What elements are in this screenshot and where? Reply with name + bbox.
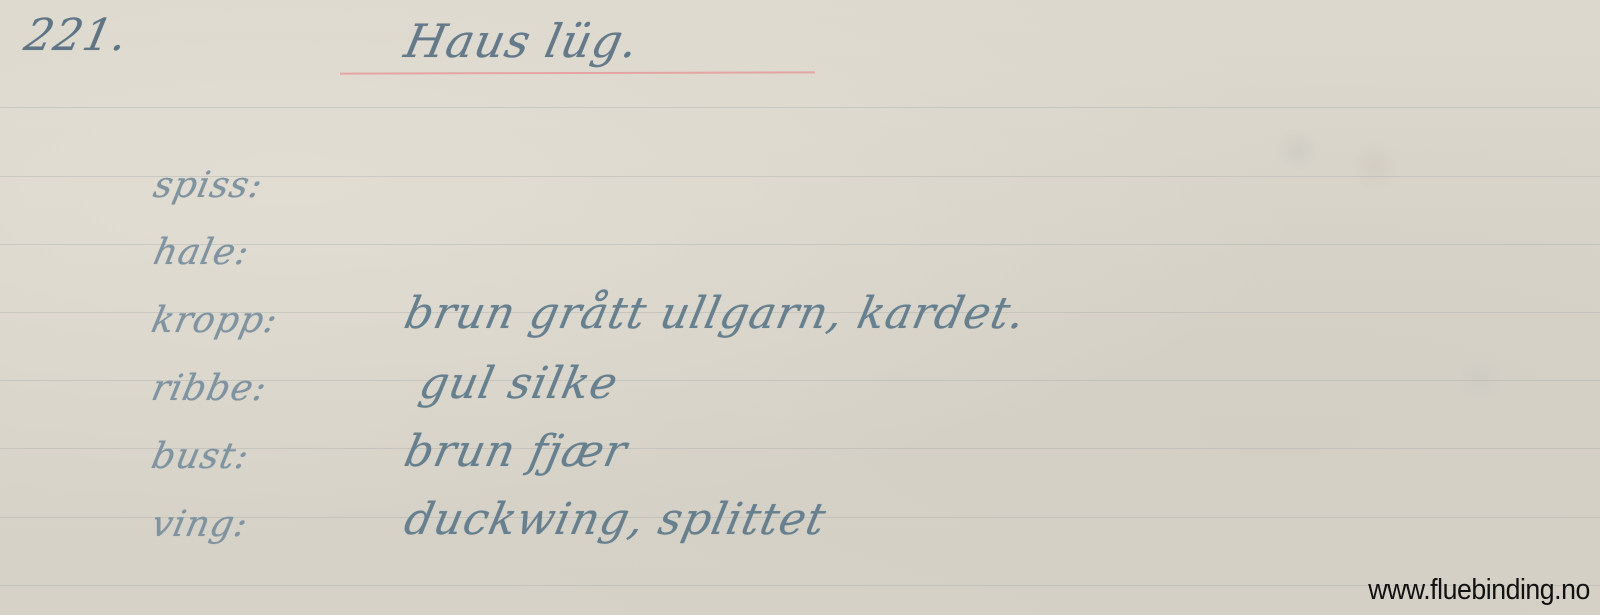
recipe-value-bust: brun fjær [400, 426, 632, 477]
ruled-line [0, 107, 1600, 108]
notebook-page: 221. Haus lüg. spiss: hale: kropp: brun … [0, 0, 1600, 615]
recipe-value-ribbe: gul silke [415, 358, 623, 409]
recipe-label-bust: bust: [148, 436, 253, 477]
entry-number: 221. [20, 10, 133, 61]
recipe-label-hale: hale: [150, 232, 253, 273]
fly-pattern-title: Haus lüg. [400, 14, 644, 68]
watermark-url: www.fluebinding.no [1368, 574, 1590, 607]
ruled-line [0, 585, 1600, 586]
recipe-label-ving: ving: [148, 504, 252, 545]
recipe-label-spiss: spiss: [150, 165, 267, 206]
recipe-value-kropp: brun grått ullgarn, kardet. [400, 288, 1031, 339]
recipe-label-ribbe: ribbe: [148, 368, 271, 409]
recipe-value-ving: duckwing, splittet [400, 494, 831, 545]
title-underline [340, 71, 815, 74]
recipe-label-kropp: kropp: [148, 300, 282, 341]
